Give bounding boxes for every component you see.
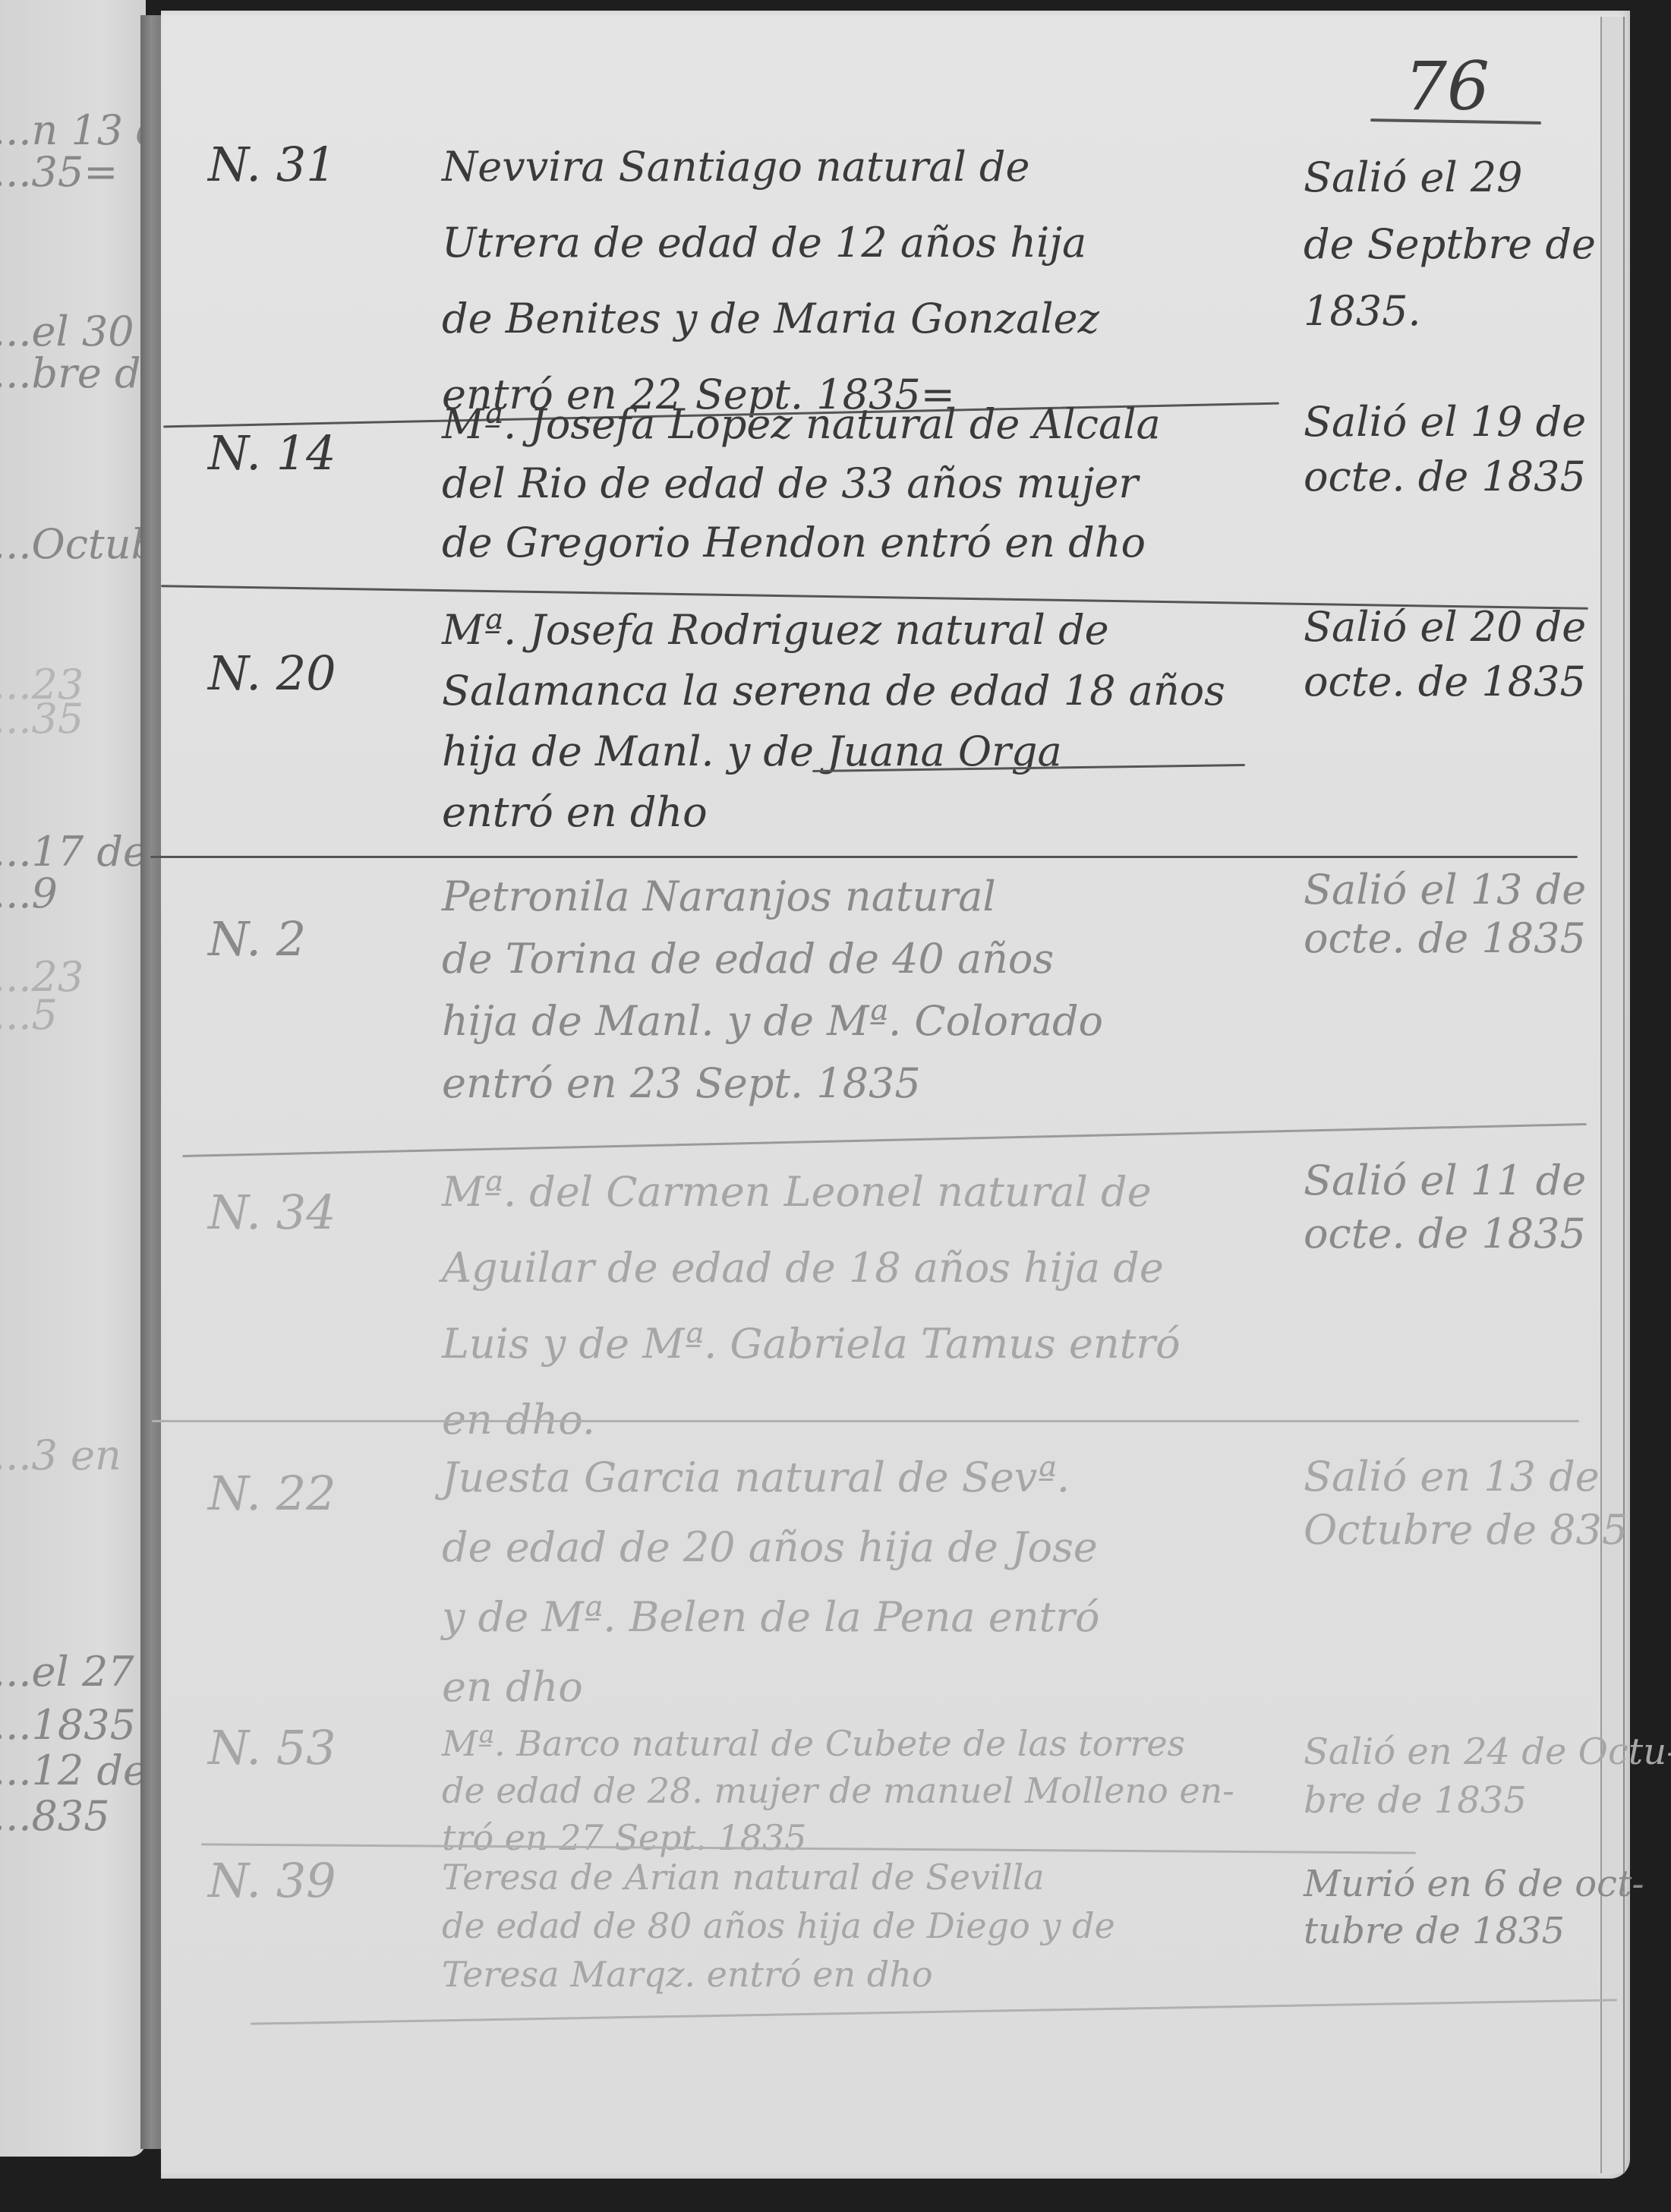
entry-text-line: Aguilar de edad de 18 años hija de: [442, 1230, 1285, 1306]
entry-divider: [150, 856, 1578, 858]
left-fragment: ...12 de: [0, 1747, 146, 1794]
folio-number: 76: [1405, 47, 1490, 125]
entry-status-line: Salió en 13 de: [1304, 1450, 1584, 1504]
entry-status-line: Salió el 19 de: [1304, 395, 1584, 450]
left-fragment: ...bre de: [0, 349, 146, 397]
entry-text: Mª. Barco natural de Cubete de las torre…: [442, 1720, 1285, 1861]
entry-text-line: Mª. Josefa Rodriguez natural de: [442, 600, 1285, 661]
entry-text: Mª. Josefa Rodriguez natural de Salamanc…: [442, 600, 1285, 843]
entry-number: N. 14: [208, 425, 336, 481]
entry-text-line: Petronila Naranjos natural: [442, 866, 1285, 928]
entry-status: Murió en 6 de oct- tubre de 1835: [1304, 1860, 1584, 1955]
entry-text-line: Mª. del Carmen Leonel natural de: [442, 1154, 1285, 1230]
entry-status-line: bre de 1835: [1304, 1776, 1584, 1825]
entry-text-line: Mª. Barco natural de Cubete de las torre…: [442, 1720, 1285, 1767]
entry-status-line: octe. de 1835: [1304, 1207, 1584, 1261]
left-fragment: ...n 13 de oct.: [0, 106, 146, 154]
entry-text-line: de Gregorio Hendon entró en dho: [442, 513, 1285, 573]
entry-divider: [152, 1420, 1579, 1422]
left-fragment: ...835: [0, 1792, 110, 1840]
entry-text: Mª. del Carmen Leonel natural de Aguilar…: [442, 1154, 1285, 1458]
entry-status-line: Salió en 24 de Octu-: [1304, 1728, 1584, 1776]
entry-status: Salió el 11 de octe. de 1835: [1304, 1154, 1584, 1261]
entry-status-line: octe. de 1835: [1304, 914, 1584, 963]
entry-text-line: Teresa Marqz. entró en dho: [442, 1950, 1285, 1999]
entry-status: Salió el 20 de octe. de 1835: [1304, 600, 1584, 709]
entry-text-line: Teresa de Arian natural de Sevilla: [442, 1853, 1285, 1901]
entry-text-line: Juesta Garcia natural de Sevª.: [442, 1443, 1285, 1513]
book-gutter: [140, 15, 162, 2149]
entry-status-line: octe. de 1835: [1304, 655, 1584, 709]
entry-status: Salió el 13 de octe. de 1835: [1304, 866, 1584, 963]
entry-status-line: octe. de 1835: [1304, 450, 1584, 504]
entry-status-line: Murió en 6 de oct-: [1304, 1860, 1584, 1907]
entry-status-line: Salió el 20 de: [1304, 600, 1584, 655]
entry-status-line: tubre de 1835: [1304, 1907, 1584, 1955]
left-fragment: ...17 de: [0, 828, 146, 876]
entry-status-line: de Septbre de: [1304, 211, 1584, 278]
entry-text-line: de Torina de edad de 40 años: [442, 928, 1285, 990]
entry-number: N. 31: [208, 137, 336, 192]
entry-status: Salió en 13 de Octubre de 835: [1304, 1450, 1584, 1557]
entry-text: Juesta Garcia natural de Sevª. de edad d…: [442, 1443, 1285, 1722]
entry-text-line: entró en 23 Sept. 1835: [442, 1052, 1285, 1115]
entry-text-line: y de Mª. Belen de la Pena entró: [442, 1582, 1285, 1652]
entry-text-line: Salamanca la serena de edad 18 años: [442, 661, 1285, 721]
left-fragment: ...3 en: [0, 1431, 121, 1479]
entry-text-line: entró en dho: [442, 782, 1285, 843]
entry-text-line: Luis y de Mª. Gabriela Tamus entró: [442, 1306, 1285, 1382]
left-fragment: ...9: [0, 869, 58, 917]
entry-number: N. 39: [208, 1853, 336, 1908]
entry-number: N. 34: [208, 1185, 336, 1240]
entry-text-line: de edad de 28. mujer de manuel Molleno e…: [442, 1767, 1285, 1814]
left-fragment: ...5: [0, 991, 58, 1039]
entry-status-line: 1835.: [1304, 278, 1584, 345]
left-page: ...n 13 de oct. ...35= ...el 30 de ...br…: [0, 0, 146, 2157]
entry-text-line: en dho: [442, 1652, 1285, 1722]
entry-text-line: Utrera de edad de 12 años hija: [442, 205, 1285, 281]
left-fragment: ...Octubre: [0, 520, 146, 568]
entry-text-line: del Rio de edad de 33 años mujer: [442, 454, 1285, 513]
entry-text-line: hija de Manl. y de Juana Orga: [442, 721, 1285, 782]
entry-number: N. 53: [208, 1720, 336, 1775]
entry-text-line: de edad de 20 años hija de Jose: [442, 1513, 1285, 1582]
entry-text-line: de Benites y de Maria Gonzalez: [442, 281, 1285, 357]
entry-text-line: de edad de 80 años hija de Diego y de: [442, 1901, 1285, 1950]
page-edge: [1600, 17, 1625, 2173]
entry-text: Nevvira Santiago natural de Utrera de ed…: [442, 129, 1285, 433]
entry-number: N. 22: [208, 1466, 336, 1521]
entry-status-line: Salió el 29: [1304, 144, 1584, 211]
entry-number: N. 20: [208, 645, 336, 701]
entry-text: Petronila Naranjos natural de Torina de …: [442, 866, 1285, 1115]
entry-status-line: Octubre de 835: [1304, 1504, 1584, 1557]
entry-number: N. 2: [208, 911, 306, 967]
entry-text-line: hija de Manl. y de Mª. Colorado: [442, 990, 1285, 1052]
left-fragment: ...el 30 de: [0, 308, 146, 355]
entry-status-line: Salió el 11 de: [1304, 1154, 1584, 1207]
entry-text: Mª. Josefa Lopez natural de Alcala del R…: [442, 395, 1285, 573]
left-fragment: ...el 27 de: [0, 1648, 146, 1696]
left-fragment: ...35: [0, 695, 84, 743]
entry-text-line: Mª. Josefa Lopez natural de Alcala: [442, 395, 1285, 454]
left-fragment: ...35=: [0, 148, 118, 196]
entry-status: Salió el 19 de octe. de 1835: [1304, 395, 1584, 504]
entry-status-line: Salió el 13 de: [1304, 866, 1584, 914]
entry-text: Teresa de Arian natural de Sevilla de ed…: [442, 1853, 1285, 1999]
entry-text-line: Nevvira Santiago natural de: [442, 129, 1285, 205]
entry-status: Salió el 29 de Septbre de 1835.: [1304, 144, 1584, 345]
entry-status: Salió en 24 de Octu- bre de 1835: [1304, 1728, 1584, 1825]
left-fragment: ...1835: [0, 1701, 136, 1749]
